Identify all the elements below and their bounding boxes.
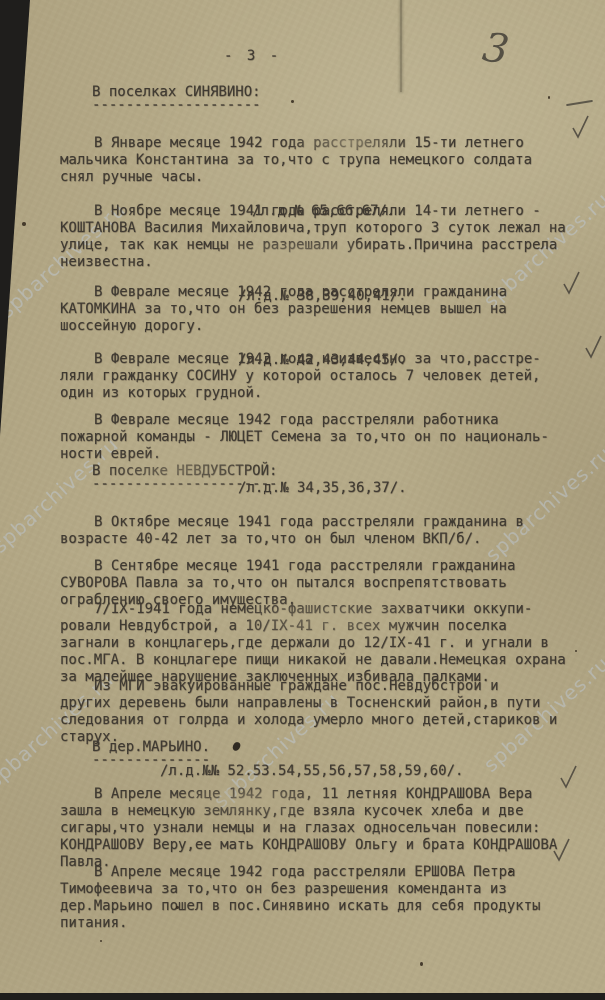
heading-underline: -------------------- — [92, 99, 261, 111]
paper-speck — [100, 940, 102, 942]
paragraph-text: В Январе месяце 1942 года расстреляли 15… — [60, 135, 592, 186]
section-heading-sinyavino: В поселках СИНЯВИНО: -------------------… — [92, 85, 261, 111]
paper-crease — [400, 0, 402, 92]
typed-page-number: - 3 - — [224, 48, 281, 64]
paper-speck — [420, 962, 423, 966]
handwritten-page-number: 3 — [480, 24, 512, 73]
paragraph-text: В Феврале месяце 1942 года расстреляли р… — [60, 412, 592, 463]
paper-speck — [176, 906, 179, 909]
paper-speck — [291, 100, 294, 103]
paper-speck — [575, 650, 577, 652]
document-page: spbarchives.ru spbarchives.ru spbarchive… — [0, 0, 605, 1000]
paper-speck — [548, 96, 550, 99]
heading-underline: ---------------------- — [92, 478, 277, 490]
paragraph-text: Из МГИ эвакуированные граждане пос.Невду… — [60, 678, 592, 746]
case-sheet-reference: /л.д.№ 34,35,36,37/. — [238, 480, 592, 497]
section-heading-marino: В дер.МАРЬИНО. -------------- — [92, 740, 210, 766]
paper-speck — [509, 870, 512, 873]
paragraph-text: В Феврале месяце 1942 года расстреляли г… — [60, 284, 592, 335]
paragraph: В Апреле месяце 1942 года расстреляли ЕР… — [60, 847, 592, 949]
section-heading-nevdubstroy: В поселке НЕВДУБСТРОЙ: -----------------… — [92, 464, 277, 490]
paragraph-text: В Апреле месяце 1942 года расстреляли ЕР… — [60, 864, 592, 932]
paper-speck — [22, 222, 26, 226]
scan-background: spbarchives.ru spbarchives.ru spbarchive… — [0, 0, 605, 1000]
heading-underline: -------------- — [92, 754, 210, 766]
pencil-dash-mark — [566, 100, 593, 106]
paragraph-text: В Ноябре месяце 1941 года расстреляли 14… — [60, 203, 592, 271]
